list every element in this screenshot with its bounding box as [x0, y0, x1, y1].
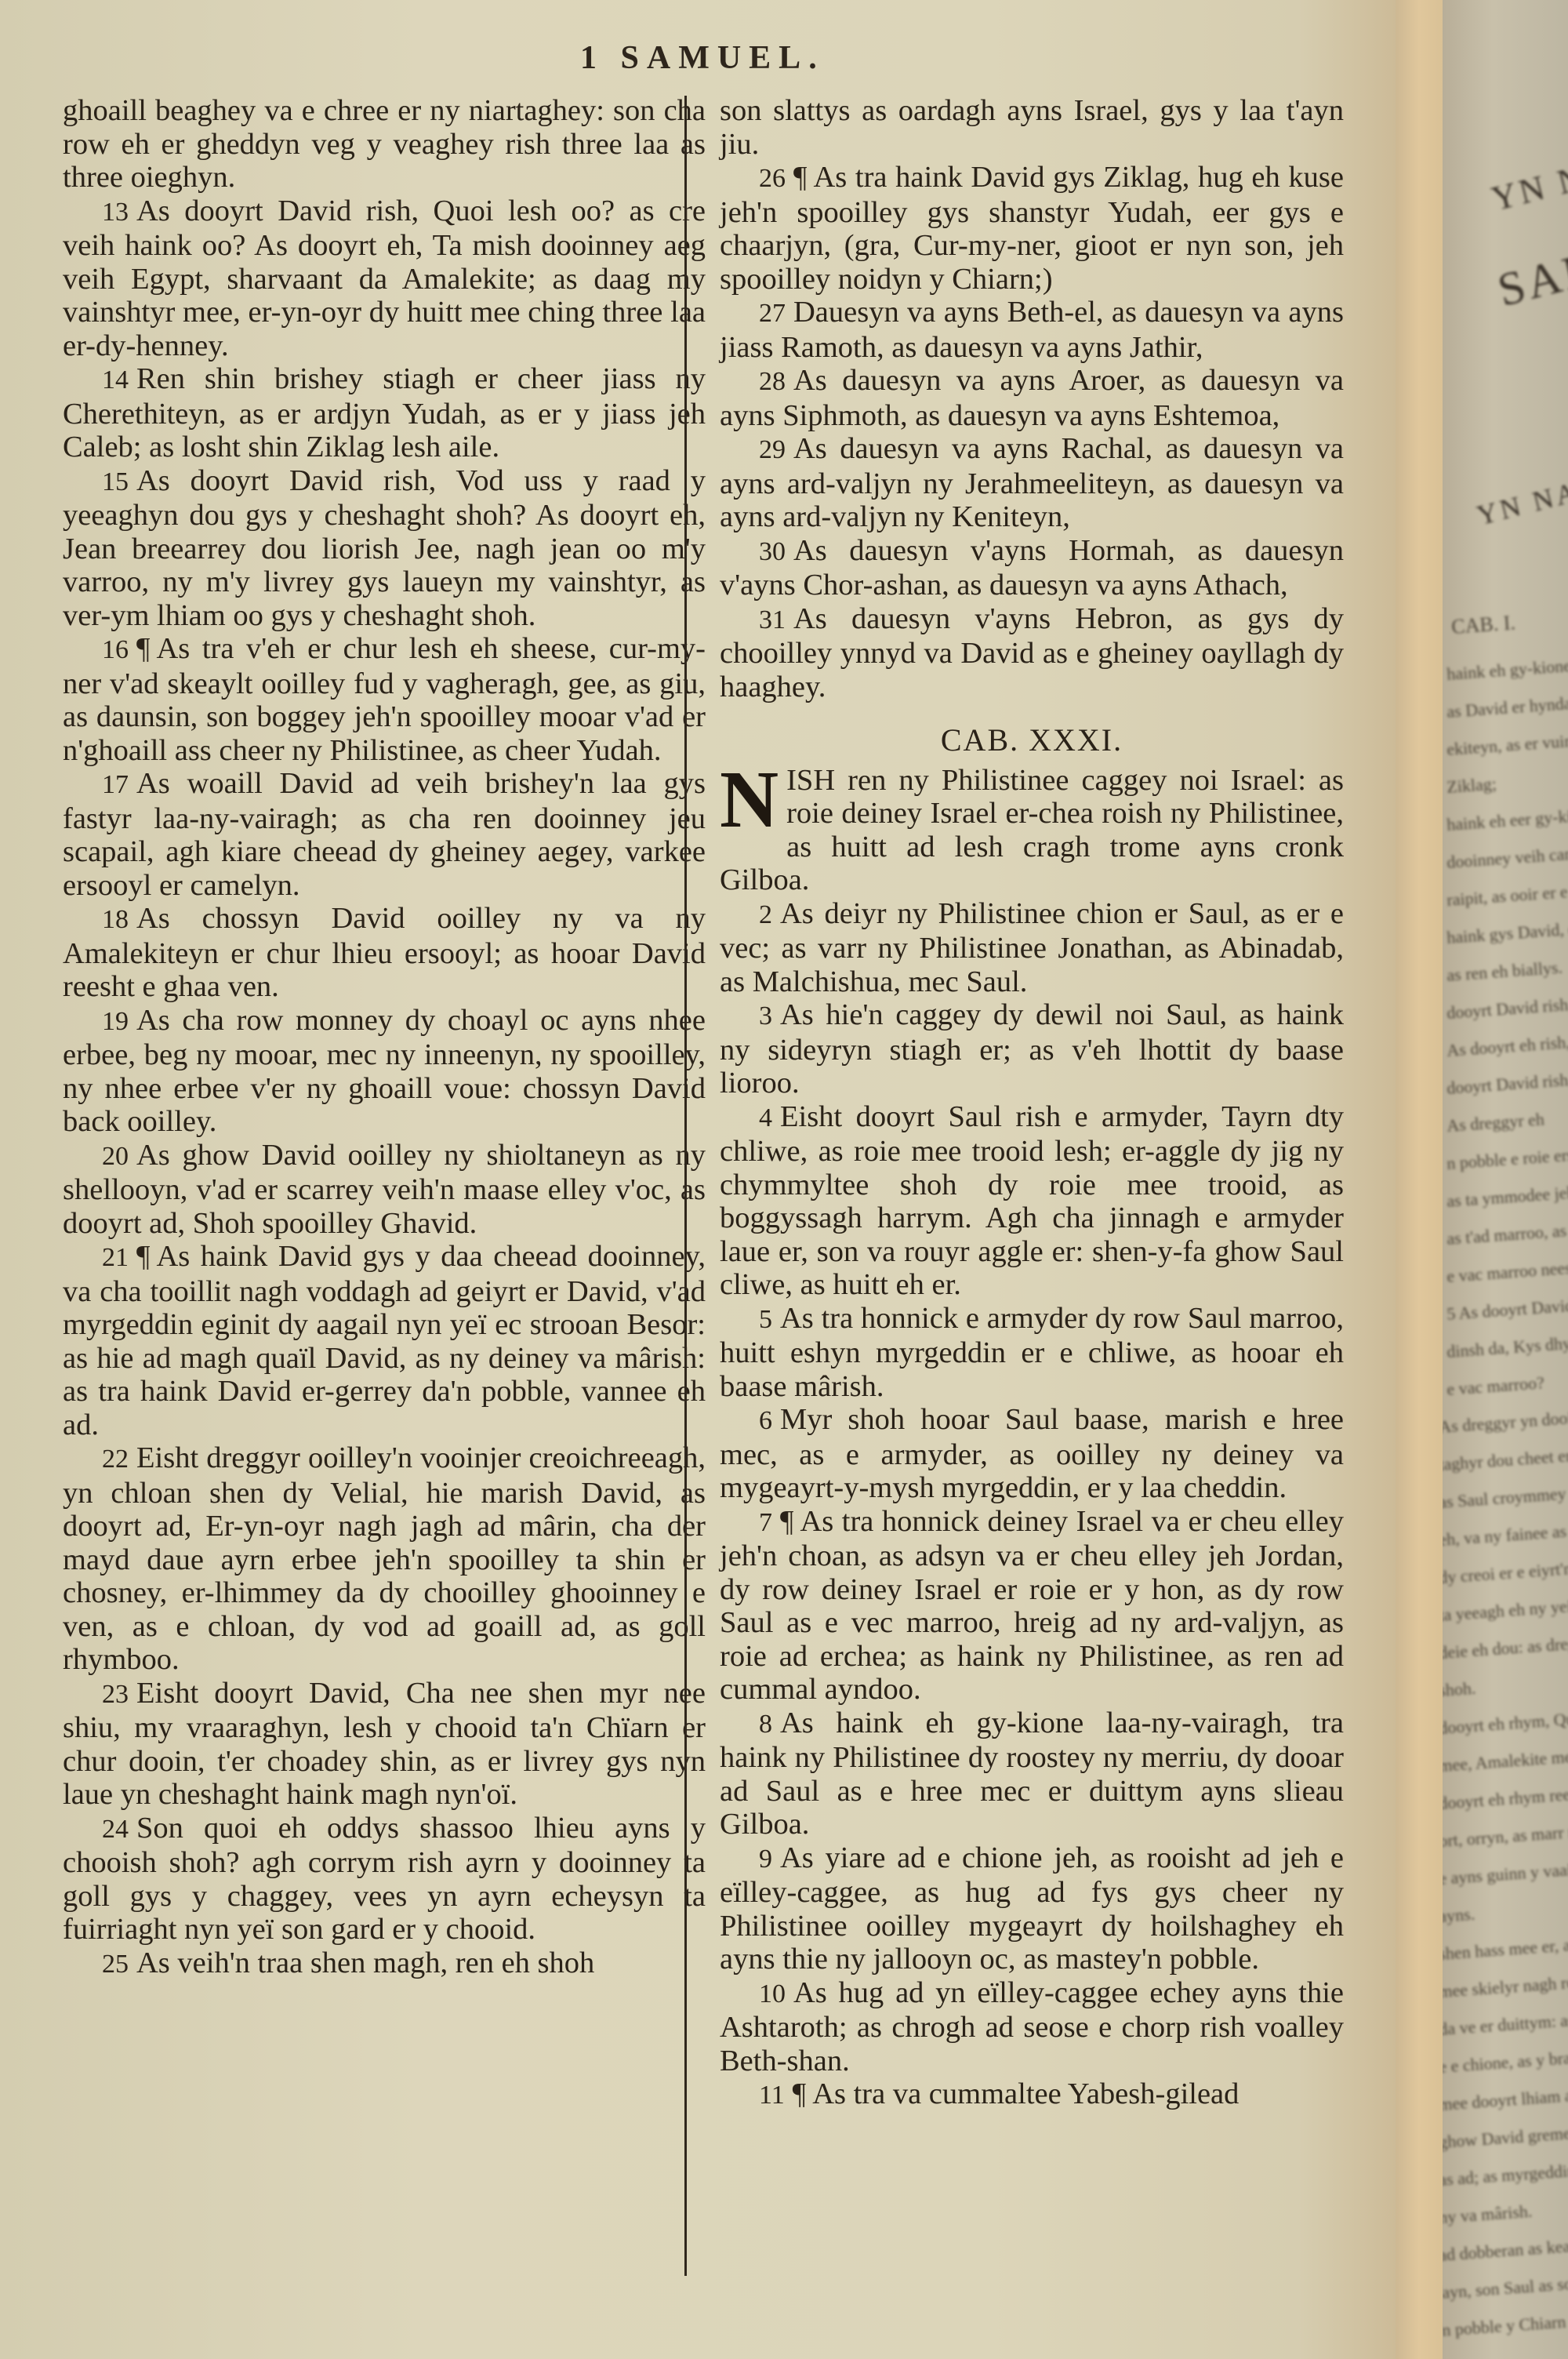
verse-number: 24 [102, 1815, 129, 1844]
book-page: 1 SAMUEL. ghoaill beaghey va e chree er … [0, 0, 1411, 2359]
verse-number: 14 [102, 365, 129, 394]
right-column: son slattys as oardagh ayns Israel, gys … [720, 94, 1344, 2113]
verse: 17As woaill David ad veih brishey'n laa … [63, 767, 706, 902]
verse-text: As dauesyn v'ayns Hormah, as dauesyn v'a… [720, 534, 1344, 602]
verse: 28As dauesyn va ayns Aroer, as dauesyn v… [720, 364, 1344, 432]
verse-number: 5 [759, 1305, 772, 1334]
facing-page-chapter-label: CAB. I. [1450, 595, 1568, 643]
book-gutter [1396, 0, 1443, 2359]
right-column-verses-after-chapter: 2As deiyr ny Philistinee chion er Saul, … [720, 897, 1344, 2113]
verse-continuation: son slattys as oardagh ayns Israel, gys … [720, 94, 1344, 161]
verse: 9As yiare ad e chione jeh, as rooisht ad… [720, 1841, 1344, 1976]
verse-number: 2 [759, 900, 772, 929]
verse-number: 19 [102, 1007, 129, 1036]
verse-text: As tra honnick e armyder dy row Saul mar… [720, 1302, 1344, 1403]
verse-text: As tra haink David gys Ziklag, hug eh ku… [720, 161, 1344, 296]
verse: 30As dauesyn v'ayns Hormah, as dauesyn v… [720, 534, 1344, 602]
verse-text: Eisht dooyrt David, Cha nee shen myr nee… [63, 1677, 706, 1812]
verse-number: 16 [102, 635, 129, 664]
running-head: 1 SAMUEL. [580, 39, 894, 77]
verse-number: 21 [102, 1243, 129, 1272]
verse-number: 22 [102, 1445, 129, 1474]
verse-continuation: ghoaill beaghey va e chree er ny niartag… [63, 94, 706, 194]
left-column: ghoaill beaghey va e chree er ny niartag… [63, 94, 706, 1981]
verse-number: 7 [759, 1508, 772, 1537]
verse-text: ghoaill beaghey va e chree er ny niartag… [63, 94, 706, 194]
verse: 6Myr shoh hooar Saul baase, marish e hre… [720, 1403, 1344, 1505]
verse: 21¶As haink David gys y daa cheead dooin… [63, 1240, 706, 1441]
verse-number: 18 [102, 905, 129, 934]
verse-text: As tra va cummaltee Yabesh-gilead [812, 2077, 1239, 2110]
verse: 24Son quoi eh oddys shassoo lhieu ayns y… [63, 1812, 706, 1946]
verse-text: As ghow David ooilley ny shioltaneyn as … [63, 1139, 706, 1240]
verse: 27Dauesyn va ayns Beth-el, as dauesyn va… [720, 296, 1344, 364]
verse: 29As dauesyn va ayns Rachal, as dauesyn … [720, 432, 1344, 534]
verse-text: As chossyn David ooilley ny va ny Amalek… [63, 902, 706, 1003]
verse-text: As tra v'eh er chur lesh eh sheese, cur-… [63, 632, 706, 767]
verse-number: 8 [759, 1710, 772, 1739]
verse: 23Eisht dooyrt David, Cha nee shen myr n… [63, 1677, 706, 1812]
pilcrow-icon: ¶ [136, 1240, 150, 1273]
verse-number: 26 [759, 164, 786, 193]
facing-page-line: haink eh gy-kione, lurg baase Saul [1446, 642, 1568, 690]
column-divider-rule [684, 96, 687, 2276]
verse: 22Eisht dreggyr ooilley'n vooinjer creoi… [63, 1441, 706, 1677]
facing-page-heading-1: YN NAH L [1487, 135, 1568, 219]
verse: 19As cha row monney dy choayl oc ayns nh… [63, 1004, 706, 1139]
verse-text: As hie'n caggey dy dewil noi Saul, as ha… [720, 998, 1344, 1100]
pilcrow-icon: ¶ [780, 1505, 793, 1538]
verse: 13As dooyrt David rish, Quoi lesh oo? as… [63, 194, 706, 363]
verse-number: 9 [759, 1845, 772, 1874]
facing-page-heading-3: YN NAH LIOAR [1473, 442, 1568, 533]
verse-number: 25 [102, 1950, 129, 1979]
verse-text: As deiyr ny Philistinee chion er Saul, a… [720, 897, 1344, 998]
verse-text: Ren shin brishey stiagh er cheer jiass n… [63, 362, 706, 463]
verse-text: Myr shoh hooar Saul baase, marish e hree… [720, 1403, 1344, 1504]
chapter-heading: CAB. XXXI. [720, 724, 1344, 758]
verse: 31As dauesyn v'ayns Hebron, as gys dy ch… [720, 602, 1344, 704]
verse: 26¶As tra haink David gys Ziklag, hug eh… [720, 161, 1344, 296]
verse-number: 29 [759, 435, 786, 464]
verse: 25As veih'n traa shen magh, ren eh shoh [63, 1946, 706, 1982]
verse-text: Dauesyn va ayns Beth-el, as dauesyn va a… [720, 296, 1344, 364]
verse-number: 3 [759, 1001, 772, 1030]
verse: 10As hug ad yn eïlley-caggee echey ayns … [720, 1976, 1344, 2078]
verse: 15As dooyrt David rish, Vod uss y raad y… [63, 464, 706, 633]
verse-text: As dauesyn va ayns Aroer, as dauesyn va … [720, 364, 1344, 432]
verse-text: As dooyrt David rish, Vod uss y raad y y… [63, 464, 706, 632]
verse-number: 13 [102, 198, 129, 227]
verse-text: As yiare ad e chione jeh, as rooisht ad … [720, 1841, 1344, 1976]
drop-cap-letter: N [720, 767, 779, 833]
verse: 8As haink eh gy-kione laa-ny-vairagh, tr… [720, 1707, 1344, 1841]
verse-text: As dooyrt David rish, Quoi lesh oo? as c… [63, 194, 706, 362]
verse: 5As tra honnick e armyder dy row Saul ma… [720, 1302, 1344, 1404]
verse-number: 11 [759, 2081, 785, 2110]
facing-page-heading-2: SAM [1493, 238, 1568, 318]
verse: 3As hie'n caggey dy dewil noi Saul, as h… [720, 998, 1344, 1100]
pilcrow-icon: ¶ [136, 632, 150, 665]
verse: 4Eisht dooyrt Saul rish e armyder, Tayrn… [720, 1100, 1344, 1302]
verse-text: Son quoi eh oddys shassoo lhieu ayns y c… [63, 1812, 706, 1946]
verse-number: 31 [759, 605, 786, 634]
verse-number: 20 [102, 1142, 129, 1171]
verse: 20As ghow David ooilley ny shioltaneyn a… [63, 1139, 706, 1241]
verse-text: As woaill David ad veih brishey'n laa gy… [63, 767, 706, 902]
verse: 14Ren shin brishey stiagh er cheer jiass… [63, 362, 706, 464]
verse-text: As veih'n traa shen magh, ren eh shoh [136, 1946, 594, 1979]
verse-text: As cha row monney dy choayl oc ayns nhee… [63, 1004, 706, 1139]
verse-number: 15 [102, 467, 129, 496]
chapter-opening-verse: NISH ren ny Philistinee caggey noi Israe… [720, 764, 1344, 897]
pilcrow-icon: ¶ [793, 161, 807, 194]
verse-number: 28 [759, 367, 786, 396]
verse: 16¶As tra v'eh er chur lesh eh sheese, c… [63, 632, 706, 767]
verse: 7¶As tra honnick deiney Israel va er che… [720, 1505, 1344, 1707]
right-column-verses-before-chapter: son slattys as oardagh ayns Israel, gys … [720, 94, 1344, 703]
verse-text: Eisht dreggyr ooilley'n vooinjer creoich… [63, 1441, 706, 1676]
verse-number: 30 [759, 537, 786, 566]
verse-number: 17 [102, 770, 129, 799]
verse: 18As chossyn David ooilley ny va ny Amal… [63, 902, 706, 1004]
verse-text: As hug ad yn eïlley-caggee echey ayns th… [720, 1976, 1344, 2077]
verse-number: 6 [759, 1406, 772, 1435]
verse-text: Eisht dooyrt Saul rish e armyder, Tayrn … [720, 1100, 1344, 1302]
verse-text: As dauesyn va ayns Rachal, as dauesyn va… [720, 432, 1344, 533]
verse-text: As dauesyn v'ayns Hebron, as gys dy choo… [720, 602, 1344, 703]
verse-number: 4 [759, 1103, 772, 1132]
verse: 11¶As tra va cummaltee Yabesh-gilead [720, 2077, 1344, 2113]
verse-text: son slattys as oardagh ayns Israel, gys … [720, 94, 1344, 161]
verse-number: 23 [102, 1680, 129, 1709]
facing-page-curl: YN NAH L SAM YN NAH LIOAR CAB. I. haink … [1443, 0, 1568, 2359]
drop-cap-continuation: ISH [786, 764, 835, 797]
verse-text: As haink eh gy-kione laa-ny-vairagh, tra… [720, 1707, 1344, 1841]
verse-number: 27 [759, 299, 786, 328]
verse: 2As deiyr ny Philistinee chion er Saul, … [720, 897, 1344, 999]
verse-number: 10 [759, 1979, 786, 2008]
verse-text: As haink David gys y daa cheead dooinney… [63, 1240, 706, 1441]
pilcrow-icon: ¶ [793, 2077, 806, 2110]
verse-text: As tra honnick deiney Israel va er cheu … [720, 1505, 1344, 1707]
